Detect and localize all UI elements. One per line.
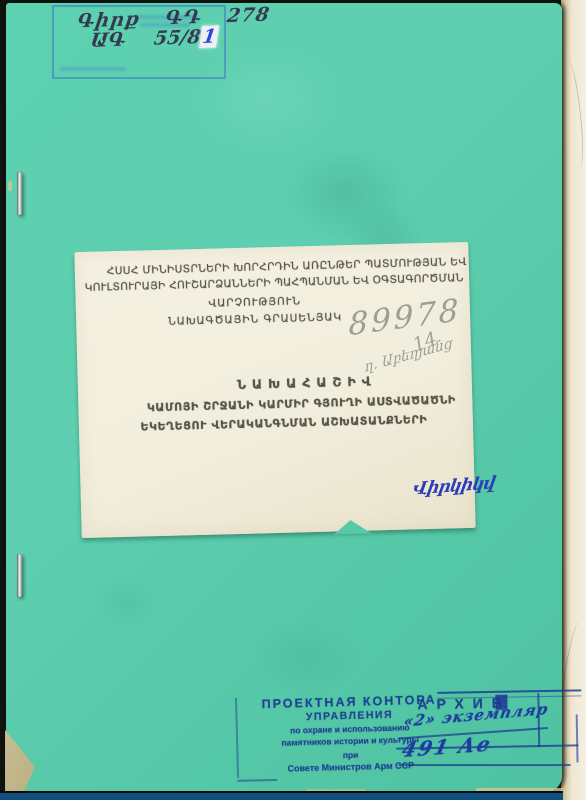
- paper-edge-under-cover: [561, 0, 586, 800]
- staple-top: [17, 172, 22, 215]
- paper-scratch: [560, 60, 586, 171]
- document-title: ԿԱՄՈՅԻ ՇՐՋԱՆԻ ԿԱՐՄԻՐ ԳՅՈՒՂԻ ԱՍՏՎԱԾԱԾՆԻ Ե…: [78, 393, 473, 435]
- corrected-digit: 1: [199, 25, 219, 48]
- document-type-heading: ՆԱԽԱՀԱՇԻՎ: [110, 370, 504, 395]
- booklet-cover: Գիրք ԳԴ 278 ԱԳ 55/81 ՀՍՍՀ ՄԻՆԻՍՏՐՆԵՐԻ ԽՈ…: [6, 3, 562, 792]
- archive-stamp-rule-line: [399, 764, 571, 766]
- office-stamp-border-dash: [237, 779, 277, 782]
- worn-corner: [5, 730, 35, 794]
- pencil-annotation: ղ. Աբեղյանց: [364, 335, 453, 376]
- label-torn-notch: [333, 520, 371, 535]
- archive-stamp-right-border: [576, 714, 579, 762]
- handwritten-archive-numbers: Գիրք ԳԴ 278 ԱԳ 55/81: [73, 4, 271, 53]
- faded-stamp-text: [60, 67, 126, 71]
- document-title-line: ԵԿԵՂԵՑՈՒ ՎԵՐԱԿԱՆԳՆՄԱՆ ԱՇԽԱՏԱՆՔՆԵՐԻ: [87, 412, 481, 435]
- pasted-title-label: ՀՍՍՀ ՄԻՆԻՍՏՐՆԵՐԻ ԽՈՐՀՐԴԻՆ ԱՌԸՆԹԵՐ ՊԱՏՄՈՒ…: [74, 242, 475, 538]
- staple-bottom: [17, 554, 22, 597]
- worn-edge: [8, 181, 12, 191]
- scan-bottom-edge: [0, 791, 563, 800]
- archive-rubber-stamp: АРХИВ «2» экземпляр 491 Ае: [395, 684, 581, 783]
- scanned-document-page: Գիրք ԳԴ 278 ԱԳ 55/81 ՀՍՍՀ ՄԻՆԻՍՏՐՆԵՐԻ ԽՈ…: [0, 0, 586, 800]
- archive-handwritten-file-number: 491 Ае: [400, 731, 495, 762]
- ink-signature: Վիրկիկվ: [411, 473, 496, 500]
